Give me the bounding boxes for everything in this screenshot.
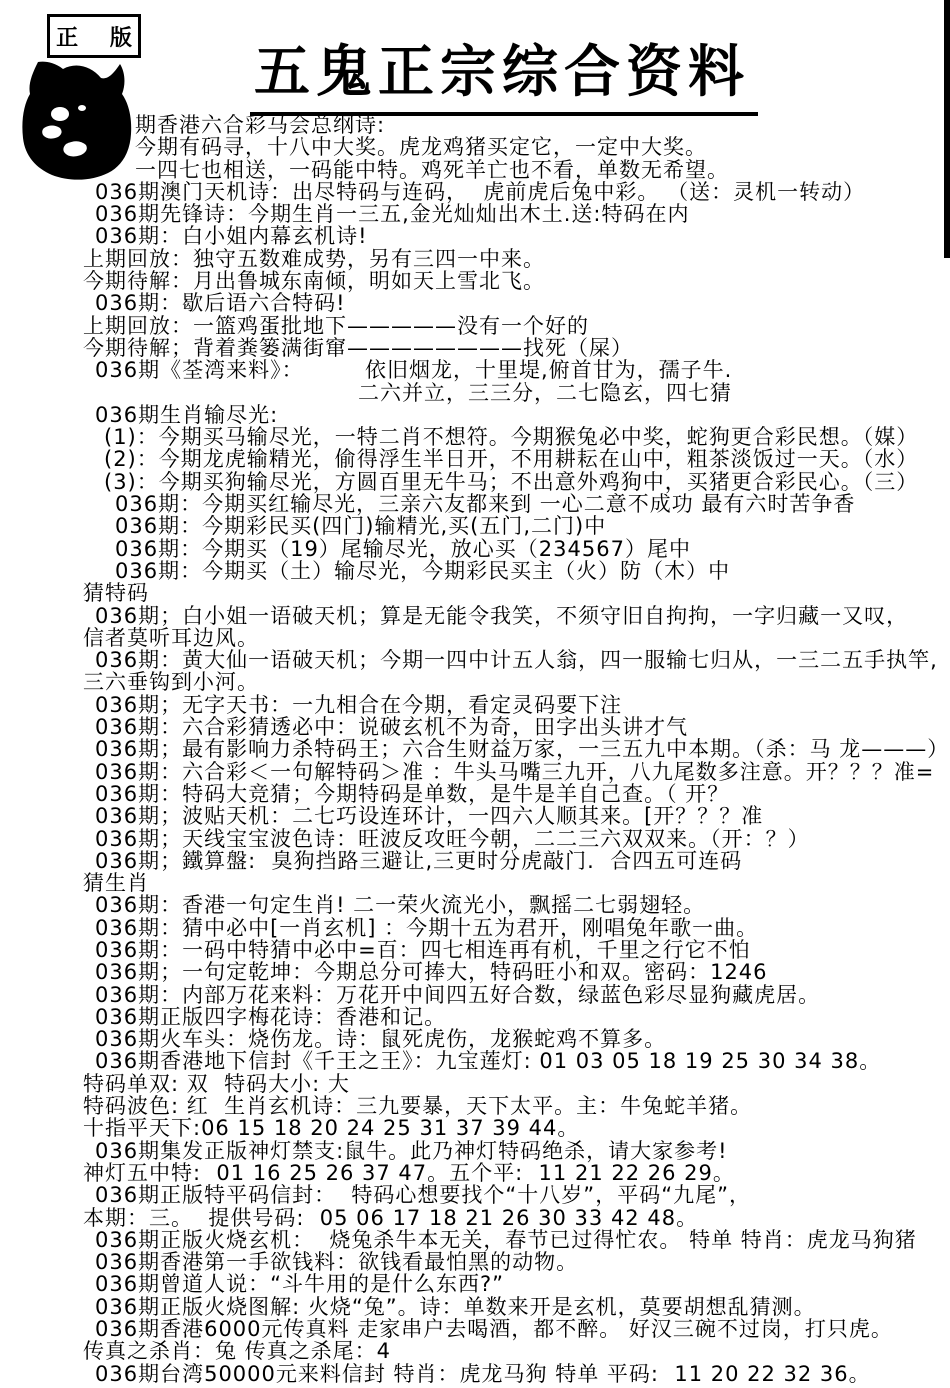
authentic-badge-label: 正 版 (44, 21, 144, 52)
text-line: 036期：歇后语六合特码! (0, 292, 950, 314)
text-line: 神灯五中特: 01 16 25 26 37 47。五个平: 11 21 22 2… (0, 1162, 950, 1184)
text-line: 036期：内部万花来料：万花开中间四五好合数，绿蓝色彩尽显狗藏虎居。 (0, 984, 950, 1006)
text-line: 今期待解；背着粪篓满街窜————————找死（屎） (0, 337, 950, 359)
text-line: 036期：猜中必中[一肖玄机] ：今期十五为君开，刚唱兔年歌一曲。 (0, 917, 950, 939)
text-line: 036期：一码中特猜中必中=百：四七相连再有机，千里之行它不怕 (0, 939, 950, 961)
page-title: 五鬼正宗综合资料 (250, 28, 758, 116)
text-line: 十指平天下:06 15 18 20 24 25 31 37 39 44。 (0, 1117, 950, 1139)
text-line: 036期香港地下信封《千王之王》：九宝莲灯: 01 03 05 18 19 25… (0, 1050, 950, 1072)
text-line: 036期；白小姐一语破天机；算是无能令我笑，不须守旧自拘拘，一字归藏一又叹， (0, 605, 950, 627)
text-line: 036期火车头：烧伤龙。诗：鼠死虎伤，龙猴蛇鸡不算多。 (0, 1028, 950, 1050)
text-line: 036期：六合彩＜一句解特码＞准 ：牛头马嘴三九开，八九尾数多注意。开？？？准= (0, 761, 950, 783)
text-line: 036期；一句定乾坤：今期总分可捧大，特码旺小和双。密码：1246 (0, 961, 950, 983)
text-line: 036期；无字天书：一九相合在今期，看定灵码要下注 (0, 694, 950, 716)
text-line: 036期《荃湾来料》： 依旧烟龙，十里堤,俯首甘为，孺子牛. (0, 359, 950, 381)
text-line: 二六并立，三三分，二七隐玄，四七猜 (0, 382, 950, 404)
text-line: 期香港六合彩马会总纲诗: (0, 114, 950, 136)
text-line: 猜生肖 (0, 872, 950, 894)
text-line: 036期：白小姐内幕玄机诗! (0, 225, 950, 247)
text-line: 036期；波贴天机：二七巧设连环计，一四六人顺其来。[开？？？准 (0, 805, 950, 827)
text-line: 036期先锋诗：今期生肖一三五,金光灿灿出木土.送:特码在内 (0, 203, 950, 225)
text-line: 特码单双: 双 特码大小: 大 (0, 1073, 950, 1095)
text-line: 一四七也相送，一码能中特。鸡死羊亡也不看，单数无希望。 (0, 159, 950, 181)
text-line: 036期生肖输尽光: (0, 404, 950, 426)
text-line: 036期澳门天机诗：出尽特码与连码， 虎前虎后兔中彩。 （送：灵机一转动） (0, 181, 950, 203)
text-line: 传真之杀肖：兔 传真之杀尾：4 (0, 1340, 950, 1362)
text-line: 今期待解：月出鲁城东南倾，明如天上雪北飞。 (0, 270, 950, 292)
text-line: 猜特码 (0, 582, 950, 604)
text-line: 三六垂钩到小河。 (0, 671, 950, 693)
text-line: 036期台湾50000元来料信封 特肖：虎龙马狗 特单 平码: 11 20 22… (0, 1363, 950, 1385)
text-line: 036期：香港一句定生肖! 二一荣火流光小，飘摇二七弱翅轻。 (0, 894, 950, 916)
text-line: 上期回放：独守五数难成势，另有三四一中来。 (0, 248, 950, 270)
text-line: 上期回放：一篮鸡蛋批地下—————没有一个好的 (0, 315, 950, 337)
text-line: (1)：今期买马输尽光，一特二肖不想符。今期猴兔必中奖，蛇狗更合彩民想。（媒） (0, 426, 950, 448)
text-line: 036期：今期买红输尽光，三亲六友都来到 一心二意不成功 最有六时苦争香 (0, 493, 950, 515)
text-line: (2)：今期龙虎输精光，偷得浮生半日开，不用耕耘在山中，粗茶淡饭过一天。（水） (0, 448, 950, 470)
lottery-info-sheet: 正 版 五鬼正宗综合资料 期香港六合彩马会总纲诗:今期有码寻，十八中大奖。虎龙鸡… (0, 0, 950, 1388)
text-line: 036期；鐵算盤: 臭狗挡路三避让,三更时分虎敲门. 合四五可连码 (0, 850, 950, 872)
text-line: 今期有码寻，十八中大奖。虎龙鸡猪买定它，一定中大奖。 (0, 136, 950, 158)
text-line: 036期：黄大仙一语破天机；今期一四中计五人翁，四一服输七归从，一三二五手执竿, (0, 649, 950, 671)
text-line: 036期：今期彩民买(四门)输精光,买(五门,二门)中 (0, 515, 950, 537)
text-line: 036期正版四字梅花诗：香港和记。 (0, 1006, 950, 1028)
text-line: 036期正版火烧图解: 火烧“兔”。诗：单数来开是玄机，莫要胡想乱猜测。 (0, 1296, 950, 1318)
text-line: 036期曾道人说：“斗牛用的是什么东西?” (0, 1273, 950, 1295)
ink-stamp-blob (20, 58, 138, 184)
text-line: 信者莫听耳边风。 (0, 627, 950, 649)
text-line: 036期香港6000元传真料 走家串户去喝酒，都不醉。 好汉三碗不过岗，打只虎。 (0, 1318, 950, 1340)
text-line: 特码波色: 红 生肖玄机诗：三九要暴，天下太平。主：牛兔蛇羊猪。 (0, 1095, 950, 1117)
text-line: 036期香港第一手欲钱料：欲钱看最怕黑的动物。 (0, 1251, 950, 1273)
document-lines: 期香港六合彩马会总纲诗:今期有码寻，十八中大奖。虎龙鸡猪买定它，一定中大奖。一四… (0, 114, 950, 1385)
text-line: 036期；天线宝宝波色诗：旺波反攻旺今朝，二二三六双双来。（开：？） (0, 828, 950, 850)
text-line: 本期：三。 提供号码: 05 06 17 18 21 26 30 33 42 4… (0, 1207, 950, 1229)
text-line: 036期集发正版神灯禁支:鼠牛。此乃神灯特码绝杀，请大家参考! (0, 1140, 950, 1162)
text-line: 036期：今期买（土）输尽光，今期彩民买主（火）防（木）中 (0, 560, 950, 582)
authentic-badge: 正 版 (47, 14, 141, 58)
text-line: 036期；最有影响力杀特码王；六合生财益万家，一三五九中本期。（杀：马 龙———… (0, 738, 950, 760)
text-line: 036期正版火烧玄机： 烧兔杀牛本无关，春节已过得忙农。 特单 特肖：虎龙马狗猪 (0, 1229, 950, 1251)
text-line: (3)：今期买狗输尽光，方圆百里无牛马；不出意外鸡狗中，买猪更合彩民心。（三） (0, 471, 950, 493)
text-line: 036期正版特平码信封： 特码心想要找个“十八岁”，平码“九尾”， (0, 1184, 950, 1206)
text-line: 036期：今期买（19）尾输尽光，放心买（234567）尾中 (0, 538, 950, 560)
text-line: 036期：特码大竞猜；今期特码是单数，是牛是羊自己查。（ 开？ (0, 783, 950, 805)
text-line: 036期：六合彩猜透必中：说破玄机不为奇，田字出头讲才气 (0, 716, 950, 738)
